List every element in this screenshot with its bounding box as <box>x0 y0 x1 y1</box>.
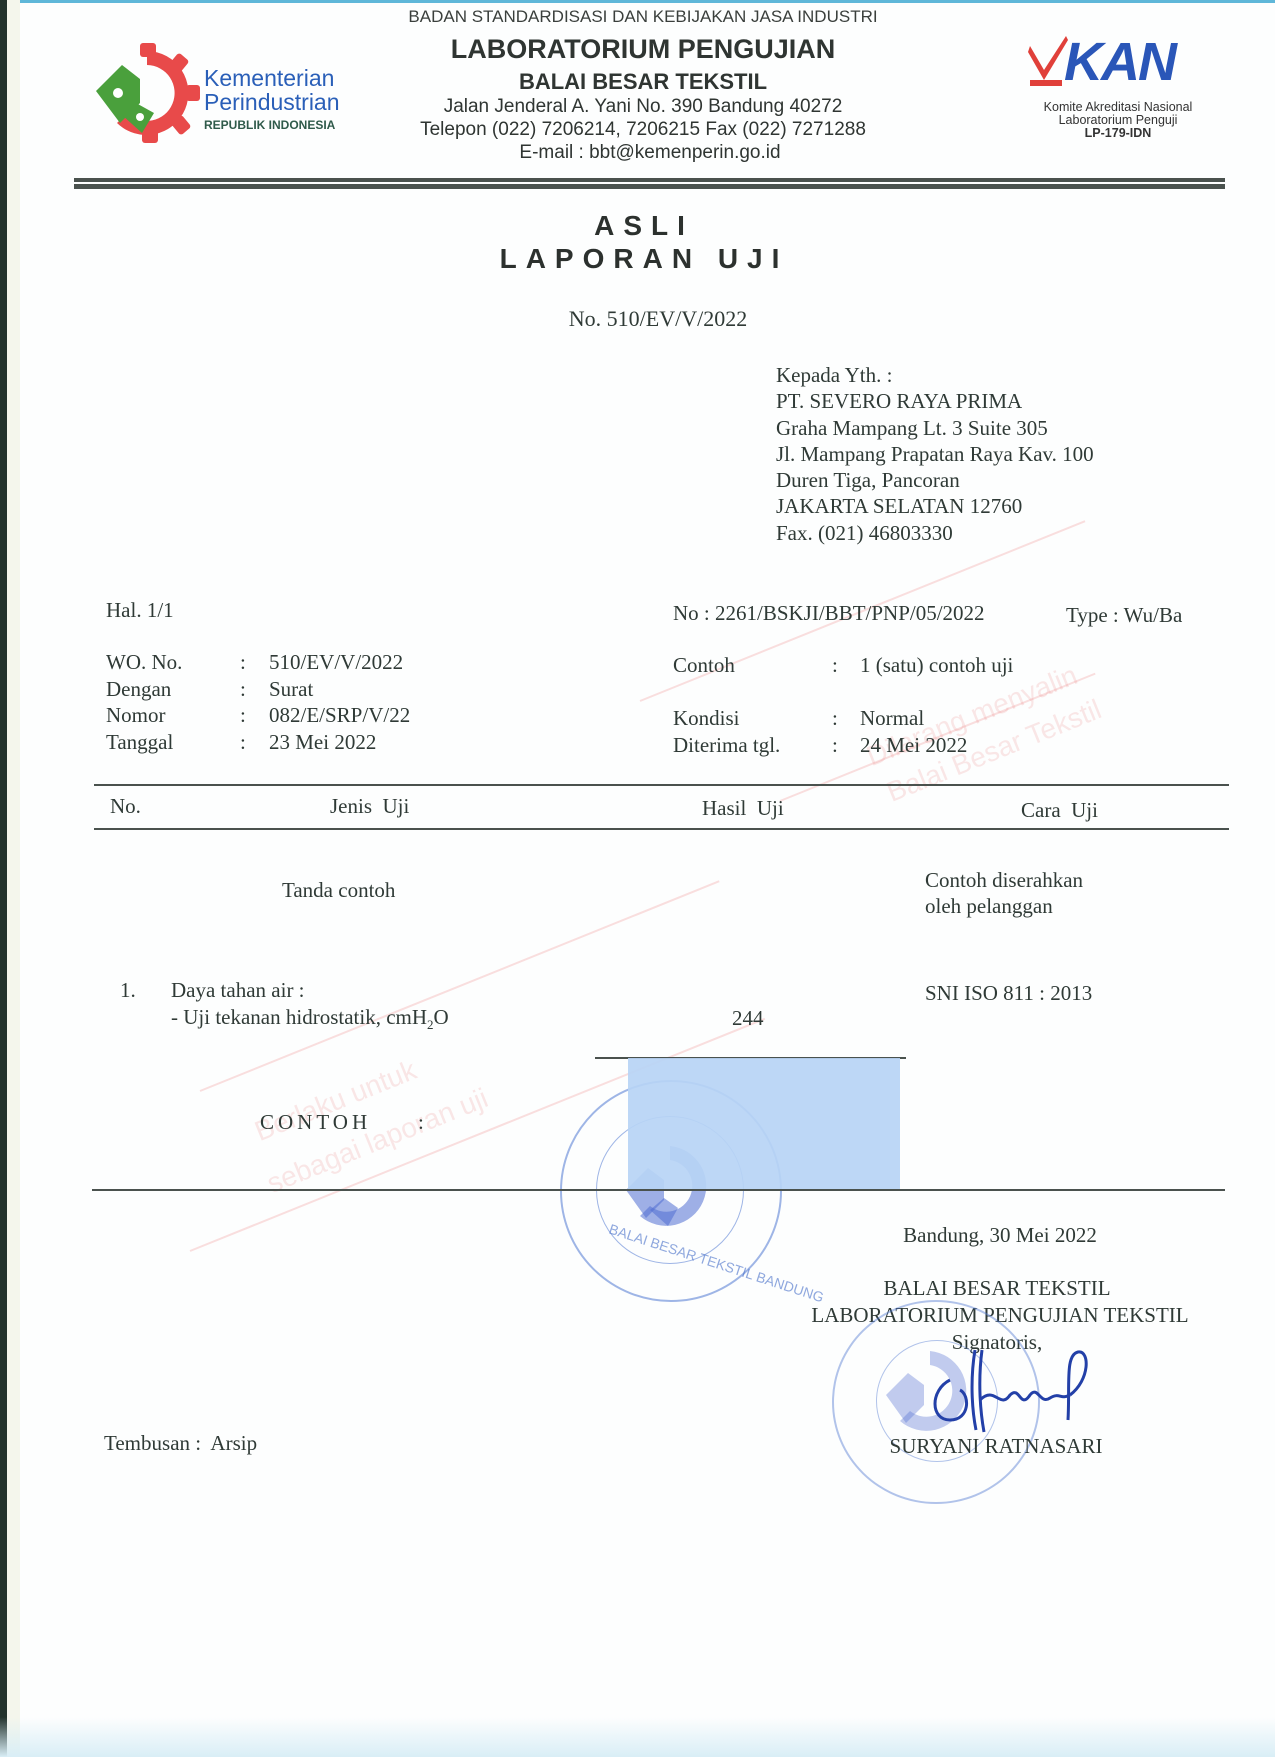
page-indicator: Hal. 1/1 <box>106 598 174 623</box>
agency-name: BADAN STANDARDISASI DAN KEBIJAKAN JASA I… <box>408 7 877 27</box>
field-label: Kondisi <box>673 706 740 731</box>
document-number: No. 510/EV/V/2022 <box>569 306 747 332</box>
letterhead-divider-top <box>74 178 1225 182</box>
institution-phone: Telepon (022) 7206214, 7206215 Fax (022)… <box>420 119 866 141</box>
test-method: SNI ISO 811 : 2013 <box>925 981 1092 1006</box>
row-number: 1. <box>120 978 136 1003</box>
lab-title: LABORATORIUM PENGUJIAN <box>451 34 836 65</box>
document-type: LAPORAN UJI <box>500 243 789 275</box>
letter-number-value: 082/E/SRP/V/22 <box>269 703 410 728</box>
table-bottom-rule <box>92 1189 1225 1191</box>
recipient-line: Duren Tiga, Pancoran <box>776 467 1094 493</box>
document-status: ASLI <box>594 210 694 242</box>
ministry-name-line2: Perindustrian <box>204 90 340 114</box>
scan-left-margin <box>7 0 20 1757</box>
field-sep: : <box>832 733 838 758</box>
sample-mark-label: Tanda contoh <box>282 878 395 903</box>
field-label: WO. No. <box>106 650 182 675</box>
sample-type: Type : Wu/Ba <box>1066 603 1182 628</box>
recipient-fax: Fax. (021) 46803330 <box>776 520 1094 546</box>
field-label: Tanggal <box>106 730 173 755</box>
condition-value: Normal <box>860 706 924 731</box>
table-top-rule <box>94 784 1229 786</box>
column-header-method: Cara Uji <box>1021 798 1098 823</box>
field-sep: : <box>832 653 838 678</box>
sample-mark-method: Contoh diserahkan <box>925 868 1083 893</box>
kan-wordmark: KAN <box>1064 34 1175 90</box>
field-sep: : <box>240 730 246 755</box>
subtest-name: - Uji tekanan hidrostatik, cmH2O <box>171 1005 449 1033</box>
recipient-line: Jl. Mampang Prapatan Raya Kav. 100 <box>776 441 1094 467</box>
institution-email[interactable]: E-mail : bbt@kemenperin.go.id <box>519 142 780 164</box>
column-header-result: Hasil Uji <box>702 796 784 821</box>
institution-name: BALAI BESAR TEKSTIL <box>519 69 767 95</box>
letterhead-divider-bottom <box>74 184 1225 189</box>
field-label: Nomor <box>106 703 166 728</box>
ministry-name-line1: Kementerian <box>204 66 334 90</box>
field-sep: : <box>240 650 246 675</box>
column-header-no: No. <box>110 794 141 819</box>
recipient-company: PT. SEVERO RAYA PRIMA <box>776 388 1094 414</box>
letter-date-value: 23 Mei 2022 <box>269 730 376 755</box>
kan-line1: Komite Akreditasi Nasional <box>1044 100 1193 114</box>
redaction-patch <box>628 1058 900 1189</box>
signing-place-date: Bandung, 30 Mei 2022 <box>903 1223 1097 1248</box>
sample-mark-method: oleh pelanggan <box>925 894 1053 919</box>
signature-icon <box>920 1340 1100 1440</box>
field-label: Contoh <box>673 653 735 678</box>
column-header-test: Jenis Uji <box>330 794 409 819</box>
reference-number: No : 2261/BSKJI/BBT/PNP/05/2022 <box>673 601 985 626</box>
scan-bottom-fade <box>0 1717 1275 1757</box>
field-sep: : <box>832 706 838 731</box>
field-sep: : <box>240 703 246 728</box>
recipient-line: Graha Mampang Lt. 3 Suite 305 <box>776 415 1094 441</box>
wo-number-value: 510/EV/V/2022 <box>269 650 403 675</box>
scan-top-edge <box>0 0 1275 3</box>
recipient-block: Kepada Yth. : PT. SEVERO RAYA PRIMA Grah… <box>776 362 1094 546</box>
institution-address: Jalan Jenderal A. Yani No. 390 Bandung 4… <box>444 96 843 118</box>
received-date-value: 24 Mei 2022 <box>860 733 967 758</box>
table-header-rule <box>94 828 1229 830</box>
scan-left-edge <box>0 0 7 1757</box>
field-label: Diterima tgl. <box>673 733 780 758</box>
test-name: Daya tahan air : <box>171 978 305 1003</box>
kan-accreditation-number: LP-179-IDN <box>1085 126 1152 140</box>
signatory-name: SURYANI RATNASARI <box>890 1434 1103 1459</box>
sample-attachment-sep: : <box>418 1110 424 1135</box>
recipient-line: Kepada Yth. : <box>776 362 1094 388</box>
field-label: Dengan <box>106 677 171 702</box>
sample-attachment-label: CONTOH <box>260 1110 371 1135</box>
ministry-country: REPUBLIK INDONESIA <box>204 118 335 132</box>
sample-count-value: 1 (satu) contoh uji <box>860 653 1013 678</box>
field-sep: : <box>240 677 246 702</box>
test-result: 244 <box>732 1006 764 1031</box>
signing-org: BALAI BESAR TEKSTIL <box>883 1276 1110 1301</box>
carbon-copy: Tembusan : Arsip <box>104 1431 257 1456</box>
recipient-line: JAKARTA SELATAN 12760 <box>776 493 1094 519</box>
ministry-gear-logo-icon <box>92 43 202 143</box>
kan-line2: Laboratorium Penguji <box>1059 113 1178 127</box>
via-value: Surat <box>269 677 313 702</box>
